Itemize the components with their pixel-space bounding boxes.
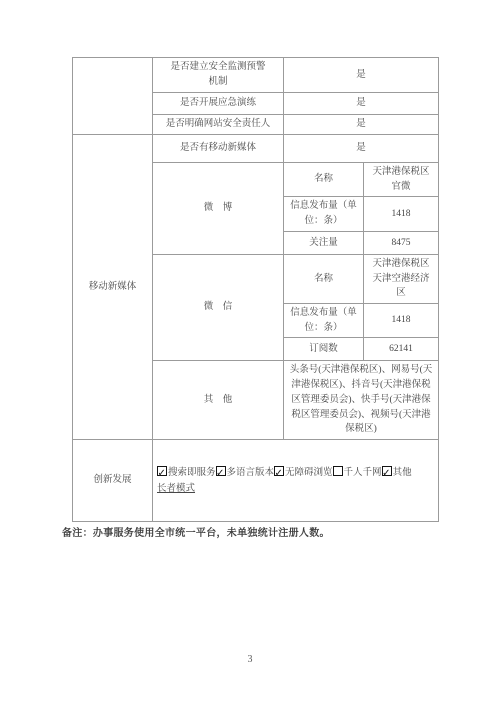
emergency-drill-label: 是否开展应急演练: [153, 93, 284, 115]
has-mobile-media-value: 是: [284, 135, 439, 163]
innovation-cell: 搜索即服务多语言版本无障碍浏览千人千网其他 长者模式: [153, 440, 439, 522]
weibo-name-label: 名称: [284, 163, 364, 197]
innovation-option-label: 其他: [393, 468, 412, 478]
wechat-label: 微 信: [153, 254, 284, 361]
website-report-table: 是否建立安全监测预警机制 是 是否开展应急演练 是 是否明确网站安全责任人 是 …: [72, 57, 439, 522]
innovation-option-label: 搜索即服务: [168, 468, 216, 478]
innovation-option-multilang: 多语言版本: [216, 468, 275, 478]
other-media-label: 其 他: [153, 361, 284, 440]
innovation-option-accessible: 无障碍浏览: [274, 468, 333, 478]
checkbox-icon: [382, 466, 392, 476]
weibo-posts-label: 信息发布量（单位：条）: [284, 197, 364, 231]
security-owner-value: 是: [284, 115, 439, 135]
innovation-option-other: 其他: [382, 468, 412, 478]
wechat-subscribers-label: 订阅数: [284, 338, 364, 361]
weibo-followers-label: 关注量: [284, 231, 364, 254]
page-number: 3: [0, 654, 500, 665]
innovation-option-search: 搜索即服务: [157, 468, 216, 478]
weibo-name-value: 天津港保税区官微: [364, 163, 439, 197]
table-row: 移动新媒体 是否有移动新媒体 是: [73, 135, 439, 163]
wechat-name-label: 名称: [284, 254, 364, 303]
category-cell-mobile-media: 移动新媒体: [73, 135, 153, 440]
wechat-name-value: 天津港保税区天津空港经济区: [364, 254, 439, 303]
checkbox-icon: [157, 466, 167, 476]
wechat-subscribers-value: 62141: [364, 338, 439, 361]
innovation-option-label: 千人千网: [344, 468, 382, 478]
security-owner-label: 是否明确网站安全责任人: [153, 115, 284, 135]
other-media-value: 头条号(天津港保税区)、网易号(天津港保税区)、抖音号(天津港保税区管理委员会)…: [284, 361, 439, 440]
weibo-followers-value: 8475: [364, 231, 439, 254]
document-page: 是否建立安全监测预警机制 是 是否开展应急演练 是 是否明确网站安全责任人 是 …: [0, 0, 500, 707]
checkbox-icon: [216, 466, 226, 476]
table-row: 创新发展 搜索即服务多语言版本无障碍浏览千人千网其他 长者模式: [73, 440, 439, 522]
emergency-drill-value: 是: [284, 93, 439, 115]
footnote: 备注：办事服务使用全市统一平台，未单独统计注册人数。: [62, 524, 462, 539]
security-monitor-value: 是: [284, 58, 439, 93]
innovation-option-label: 多语言版本: [227, 468, 275, 478]
checkbox-icon: [333, 466, 343, 476]
innovation-options: 搜索即服务多语言版本无障碍浏览千人千网其他: [157, 464, 434, 482]
innovation-other-detail: 长者模式: [157, 482, 434, 497]
category-cell-innovation: 创新发展: [73, 440, 153, 522]
has-mobile-media-label: 是否有移动新媒体: [153, 135, 284, 163]
security-monitor-label: 是否建立安全监测预警机制: [153, 58, 284, 93]
wechat-posts-label: 信息发布量（单位：条）: [284, 304, 364, 338]
innovation-option-label: 无障碍浏览: [285, 468, 333, 478]
checkbox-icon: [274, 466, 284, 476]
innovation-option-personalized: 千人千网: [333, 468, 382, 478]
wechat-posts-value: 1418: [364, 304, 439, 338]
table-row: 是否建立安全监测预警机制 是: [73, 58, 439, 93]
category-cell-empty: [73, 58, 153, 135]
weibo-label: 微 博: [153, 163, 284, 255]
weibo-posts-value: 1418: [364, 197, 439, 231]
